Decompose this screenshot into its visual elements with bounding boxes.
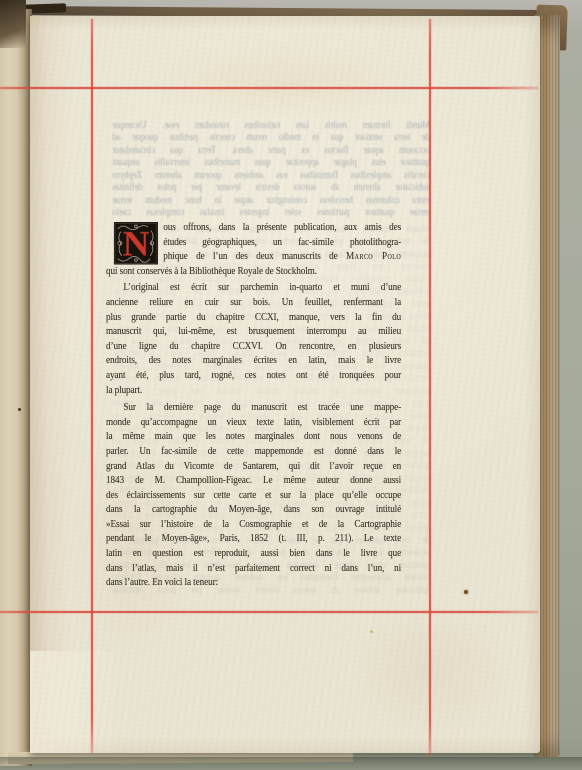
scanned-book-page-photo: Mundi formam multis iam rationibus rotun… (0, 0, 582, 770)
small-caps-name: Marco Polo (346, 251, 401, 262)
paragraph: N ous offrons, dans la présente publicat… (106, 221, 401, 279)
bleedthrough-text-top: Mundi formam multis iam rationibus rotun… (112, 120, 430, 220)
bleedthrough-line: extra columnas herculeas coniungitur atq… (112, 195, 430, 207)
paragraph: L’original est écrit sur parchemin in-qu… (106, 281, 401, 398)
text-line: grand Atlas du Vicomte de Santarem, qui … (106, 460, 401, 475)
text-line: ancienne reliure en cuir sur bois. Un fe… (106, 296, 401, 311)
text-line: 1843 de M. Champollion-Figeac. Le même a… (106, 474, 401, 489)
text-line: des éclaircissements sur cette carte et … (106, 489, 401, 504)
illuminated-initial: N (114, 222, 158, 265)
paper-stain (140, 42, 430, 122)
text-line: ayant été, plus tard, rogné, ces notes o… (106, 369, 401, 384)
text-line: pendant le Moyen-âge», Paris, 1852 (t. I… (106, 532, 401, 547)
spine-top-shadow (0, 0, 26, 48)
text-line: qui sont conservés à la Bibliothèque Roy… (106, 265, 401, 280)
text-block: N ous offrons, dans la présente publicat… (106, 221, 401, 591)
bleedthrough-line: subiciatur alterum ab aurora dextris lev… (112, 182, 430, 194)
text-line: plus grande partie du chapitre CCXI, man… (106, 311, 401, 326)
text-line: L’original est écrit sur parchemin in-qu… (106, 281, 401, 296)
bleedthrough-line: de terra sentiant qua in medio rerum cun… (112, 132, 430, 144)
text-line: »Essai sur l’histoire de la Cosmographie… (106, 518, 401, 533)
drop-cap-letter: N (123, 223, 150, 263)
bleedthrough-line: terrae quattuor partiones solet ingentes… (112, 207, 430, 219)
text-line: d’une ligne du chapitre CCXVI. On rencon… (106, 340, 401, 355)
text-line: dans la cartographie du Moyen-âge, dans … (106, 503, 401, 518)
text-line: la même main que les notes marginales do… (106, 430, 401, 445)
bleedthrough-line: occasum aquae fluctus ex parte altera. T… (112, 145, 430, 157)
text-line: monde qu’accompagne un vieux texte latin… (106, 416, 401, 431)
text-line: parler. Un fac-simile de cette mappemond… (106, 445, 401, 460)
gutter-facing-page (0, 9, 32, 766)
bleedthrough-line: Mundi formam multis iam rationibus rotun… (112, 120, 430, 132)
book-page: Mundi formam multis iam rationibus rotun… (30, 16, 540, 753)
drop-cap-ornament: N (114, 222, 158, 265)
scan-shadow (0, 757, 582, 770)
paragraph: Sur la dernière page du manuscrit est tr… (106, 401, 401, 591)
paper-stain (350, 606, 510, 736)
text-line: la plupart. (106, 384, 401, 399)
text-line: dans l’atlas, mais il n’est parfaitement… (106, 562, 401, 577)
text-line: manuscrit qui, lui-même, est brusquement… (106, 325, 401, 340)
text-line: endroits, des notes marginales écrites e… (106, 354, 401, 369)
text-line: latin en question est reproduit, aussi b… (106, 547, 401, 562)
text-line: Sur la dernière page du manuscrit est tr… (106, 401, 401, 416)
bleedthrough-line: quattuor eius plagae appositae quas maio… (112, 157, 430, 169)
text-line: dans l’autre. En voici la teneur: (106, 576, 401, 591)
page-curl-highlight (30, 651, 125, 753)
bleedthrough-line: circulis amplexibus fluminibus eas ambie… (112, 170, 430, 182)
